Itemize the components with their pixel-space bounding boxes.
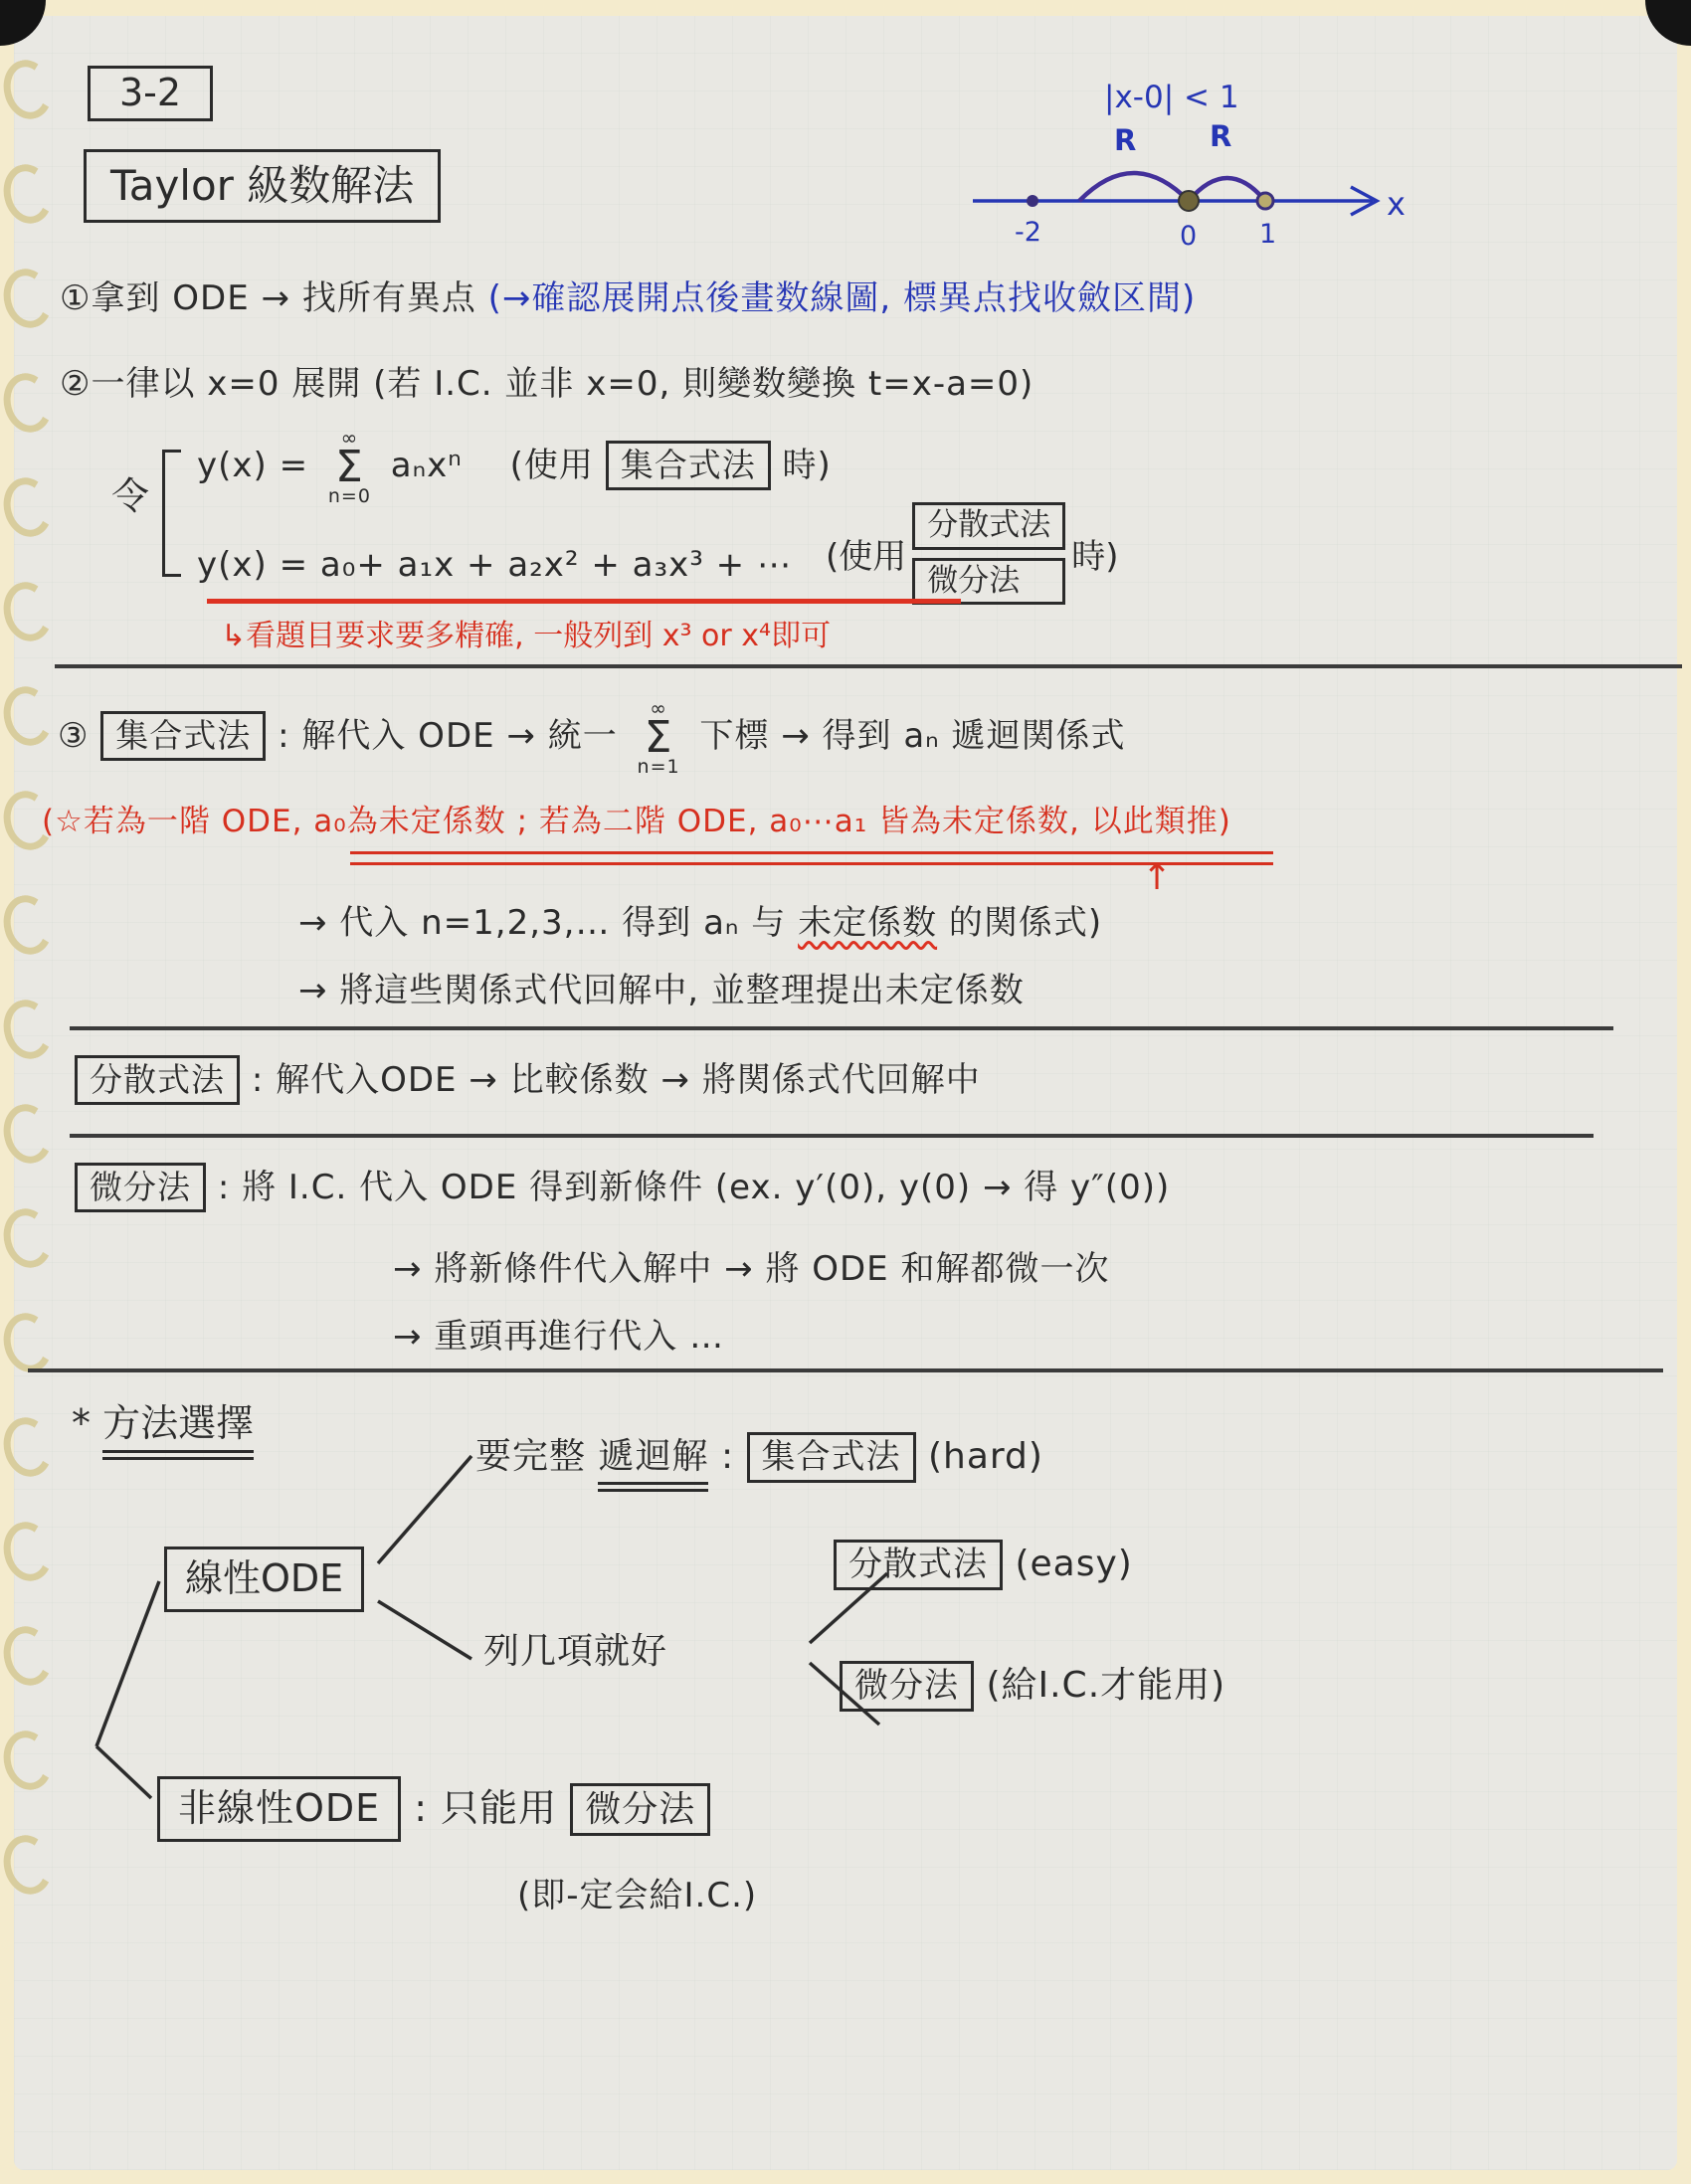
red-double-underline [350, 851, 1273, 865]
nonlinear-note: (即-定会給I.C.) [517, 1868, 757, 1916]
step3-post: 下標 → 得到 aₙ 遞迴関係式 [699, 716, 1125, 756]
red-underline [207, 599, 961, 604]
diagram-caption: |x-0| < 1 [1104, 80, 1239, 115]
divider [70, 1134, 1594, 1138]
divider [55, 664, 1682, 668]
convergence-diagram: |x-0| < 1 R R x -2 0 1 [955, 76, 1432, 260]
dispersed-method-line: 分散式法 : 解代入ODE → 比較係数 → 將関係式代回解中 [75, 1052, 981, 1105]
step1-note: (→確認展開点後畫数線圖, 標異点找收斂区間) [488, 278, 1197, 318]
series-sigma-line: y(x) = ∞ Σ n=0 aₙxⁿ (使用 集合式法 時) [197, 428, 832, 506]
method-box-dispersed-3: 分散式法 [834, 1540, 1003, 1590]
linear-ode-box: 線性ODE [164, 1547, 364, 1612]
brace [162, 450, 181, 577]
precision-note-text: ↳看題目要求要多精確, 一般列到 x³ or x⁴即可 [221, 619, 831, 653]
up-arrow: ↑ [1142, 857, 1172, 898]
linear-ode-label: 線性ODE [185, 1556, 343, 1600]
section-number: 3-2 [119, 71, 181, 114]
section-number-box: 3-2 [88, 66, 213, 121]
series-expanded-line: y(x) = a₀+ a₁x + a₂x² + a₃x³ + ⋯ [197, 545, 792, 585]
tick-zero: 0 [1180, 221, 1197, 252]
method-box-dispersed-2: 分散式法 [75, 1055, 240, 1105]
sigma-symbol: Σ [645, 718, 673, 758]
undetermined-coeff-text: (☆若為一階 ODE, a₀為未定係数 ; 若為二階 ODE, a₀⋯a₁ 皆為… [42, 804, 1231, 839]
precision-note: ↳看題目要求要多精確, 一般列到 x³ or x⁴即可 [221, 611, 831, 654]
method-box-collective: 集合式法 [606, 441, 771, 490]
full-colon: : [721, 1436, 747, 1477]
few-option-differential: 微分法 (給I.C.才能用) [840, 1657, 1225, 1712]
page-title: Taylor 級数解法 [110, 161, 414, 210]
step3-arrow1: → 代入 n=1,2,3,… 得到 aₙ 与 未定係数 的関係式) [298, 895, 1102, 944]
arrow1-wavy: 未定係数 [798, 903, 937, 943]
full-pre: 要完整 [475, 1436, 586, 1477]
few-option-dispersed: 分散式法 (easy) [834, 1540, 1133, 1590]
diff-method-arrow2: → 重頭再進行代入 … [393, 1309, 724, 1358]
diff-line3: → 重頭再進行代入 … [393, 1317, 724, 1357]
step3-arrow2: → 將這些関係式代回解中, 並整理提出未定係数 [298, 963, 1025, 1011]
divider [70, 1026, 1613, 1030]
step1-line: ①拿到 ODE → 找所有異点 (→確認展開点後畫数線圖, 標異点找收斂区間) [60, 271, 1196, 319]
divider [28, 1368, 1663, 1372]
use-post2: 時) [1071, 529, 1118, 578]
few-terms-label: 列几項就好 [483, 1631, 667, 1672]
nonlinear-ode-box: 非線性ODE [157, 1776, 401, 1842]
few-opt1-note: (easy) [1015, 1544, 1132, 1584]
method-box-stack: 分散式法 微分法 [912, 502, 1065, 605]
tick-one: 1 [1259, 219, 1276, 250]
sigma-lower: n=1 [638, 758, 680, 777]
step2-line: ②一律以 x=0 展開 (若 I.C. 並非 x=0, 則變数變換 t=x-a=… [60, 356, 1033, 405]
tick-neg2: -2 [1015, 217, 1041, 248]
arrow1-pre: → 代入 n=1,2,3,… 得到 aₙ 与 [298, 903, 786, 943]
series-lhs: y(x) = [197, 446, 308, 485]
expanded-use-group: (使用 分散式法 微分法 時) [826, 502, 1119, 605]
diff-line2: → 將新條件代入解中 → 將 ODE 和解都微一次 [393, 1249, 1109, 1289]
few-opt2-note: (給I.C.才能用) [986, 1665, 1225, 1706]
let-label: 令 [111, 465, 149, 520]
step3-marker: ③ [58, 716, 89, 756]
method-box-collective-2: 集合式法 [100, 711, 266, 761]
branch-few-terms: 列几項就好 [483, 1623, 667, 1674]
step3-pre: : 解代入 ODE → 統一 [278, 716, 618, 756]
arrow1-post: 的関係式) [949, 903, 1102, 943]
method-box-collective-3: 集合式法 [747, 1432, 916, 1483]
use-pre2: (使用 [826, 529, 906, 578]
nonlinear-ode-line: 非線性ODE : 只能用 微分法 [157, 1776, 710, 1842]
expanded-formula: y(x) = a₀+ a₁x + a₂x² + a₃x³ + ⋯ [197, 545, 792, 585]
series-term: aₙxⁿ [391, 446, 463, 485]
use-post: 時) [783, 446, 832, 485]
branch-full-recursive: 要完整 遞迴解 : 集合式法 (hard) [475, 1428, 1043, 1492]
method-box-differential-4: 微分法 [570, 1783, 710, 1836]
diff-method-line: 微分法 : 將 I.C. 代入 ODE 得到新條件 (ex. y′(0), y(… [75, 1160, 1170, 1212]
method-box-dispersed: 分散式法 [912, 502, 1065, 550]
sigma-notation-2: ∞ Σ n=1 [638, 698, 680, 777]
method-box-differential-2: 微分法 [75, 1163, 206, 1212]
step3-line: ③ 集合式法 : 解代入 ODE → 統一 ∞ Σ n=1 下標 → 得到 aₙ… [58, 698, 1126, 777]
step2-text: ②一律以 x=0 展開 (若 I.C. 並非 x=0, 則變数變換 t=x-a=… [60, 364, 1033, 404]
dispersed-text: : 解代入ODE → 比較係数 → 將関係式代回解中 [252, 1060, 981, 1100]
method-box-differential-3: 微分法 [840, 1661, 974, 1712]
full-underlined: 遞迴解 [598, 1428, 708, 1485]
page-title-box: Taylor 級数解法 [84, 149, 441, 223]
sigma-symbol: Σ [335, 448, 364, 487]
sigma-notation: ∞ Σ n=0 [328, 428, 371, 506]
nonlinear-note-text: (即-定会給I.C.) [517, 1876, 757, 1915]
full-note: (hard) [928, 1436, 1043, 1477]
step1-text: ①拿到 ODE → 找所有異点 [60, 278, 488, 318]
undetermined-coeff-note: (☆若為一階 ODE, a₀為未定係数 ; 若為二階 ODE, a₀⋯a₁ 皆為… [42, 796, 1231, 840]
sigma-lower: n=0 [328, 487, 371, 506]
nonlinear-text: : 只能用 [414, 1786, 557, 1830]
axis-label: x [1387, 185, 1406, 223]
arrow2-text: → 將這些関係式代回解中, 並整理提出未定係数 [298, 971, 1025, 1010]
diff-line1: : 將 I.C. 代入 ODE 得到新條件 (ex. y′(0), y(0) →… [218, 1168, 1171, 1207]
diff-method-arrow1: → 將新條件代入解中 → 將 ODE 和解都微一次 [393, 1241, 1109, 1290]
use-pre: (使用 [510, 446, 594, 485]
